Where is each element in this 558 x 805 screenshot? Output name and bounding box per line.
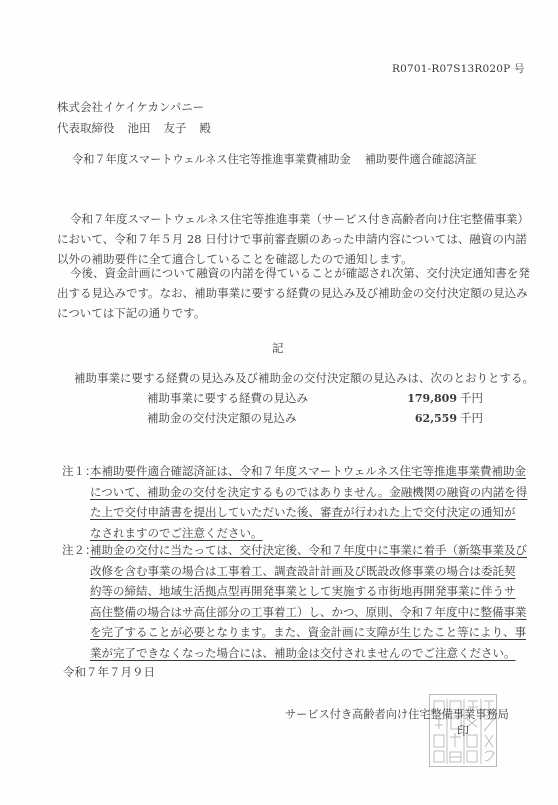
document-number: R0701-R07S13R020P 号: [392, 61, 525, 76]
body-paragraph-1: 令和７年度スマートウェルネス住宅等推進事業（サービス付き高齢者向け住宅整備事業）…: [57, 209, 499, 269]
addressee-honorific: 殿: [200, 121, 212, 135]
issue-date: 令和７年７月９日: [63, 664, 155, 680]
addressee-person: 代表取締役池田友子殿: [57, 120, 224, 136]
addressee-title: 代表取締役: [57, 121, 115, 135]
document-title: 令和７年度スマートウェルネス住宅等推進事業費補助金補助要件適合確認済証: [72, 151, 477, 167]
seal-label: 印: [457, 722, 469, 739]
addressee-first-name: 友子: [164, 121, 187, 135]
amount-row-subsidy: 補助金の交付決定額の見込み 62,559千円: [147, 410, 483, 430]
note-line: た上で交付申請書を提出していただいた後、審査が行われた上で交付決定の通知が: [90, 502, 530, 523]
document-title-sub: 補助要件適合確認済証: [365, 153, 477, 166]
amount-row-total-cost: 補助事業に要する経費の見込み 179,809千円: [147, 390, 483, 410]
note-line: について、補助金の交付を決定するものではありません。金融機関の融資の内諾を得: [90, 482, 530, 503]
record-heading: 記: [272, 340, 284, 356]
issuer-name: サービス付き高齢者向け住宅整備事業事務局: [285, 706, 509, 722]
amount-unit: 千円: [460, 411, 483, 425]
amount-unit: 千円: [460, 391, 483, 405]
note-line: 改修を含む事業の場合は工事着工、調査設計計画及び既設改修事業の場合は委託契: [90, 561, 530, 582]
paragraph-line: 出する見込みです。なお、補助事業に要する経費の見込み及び補助金の交付決定額の見込…: [57, 283, 499, 303]
amount-number: 179,809: [407, 392, 457, 405]
amount-value: 179,809千円: [407, 390, 483, 406]
note-body: 補助金の交付に当たっては、交付決定後、令和７年度中に事業に着手（新築事業及び 改…: [90, 540, 530, 663]
note-line: 本補助要件適合確認済証は、令和７年度スマートウェルネス住宅等推進事業費補助金: [90, 461, 530, 482]
note-line: 約等の締結、地域生活拠点型再開発事業として実施する市街地再開発事業に伴うサ: [90, 581, 530, 602]
amount-value: 62,559千円: [415, 410, 483, 426]
amount-number: 62,559: [415, 412, 457, 425]
note-line: 業が完了できなくなった場合には、補助金は交付されませんのでご注意ください。: [90, 643, 530, 664]
addressee-company: 株式会社イケイケカンパニー: [57, 99, 204, 115]
addressee-last-name: 池田: [128, 121, 151, 135]
amount-label: 補助金の交付決定額の見込み: [147, 410, 297, 426]
body-paragraph-2: 今後、資金計画について融資の内諾を得ていることが確認され次第、交付決定通知書を発…: [57, 263, 499, 323]
document-title-main: 令和７年度スマートウェルネス住宅等推進事業費補助金: [72, 153, 351, 166]
note-body: 本補助要件適合確認済証は、令和７年度スマートウェルネス住宅等推進事業費補助金 に…: [90, 461, 530, 543]
amount-label: 補助事業に要する経費の見込み: [147, 390, 308, 406]
note-line: を完了することが必要となります。また、資金計画に支障が生じたこと等により、事: [90, 622, 530, 643]
paragraph-line: において、令和７年５月 28 日付けで事前審査願のあった申請内容については、融資…: [57, 229, 499, 249]
paragraph-line: 令和７年度スマートウェルネス住宅等推進事業（サービス付き高齢者向け住宅整備事業）: [57, 209, 499, 229]
paragraph-line: 今後、資金計画について融資の内諾を得ていることが確認され次第、交付決定通知書を発: [57, 263, 499, 283]
note-line: 補助金の交付に当たっては、交付決定後、令和７年度中に事業に着手（新築事業及び: [90, 540, 530, 561]
amount-intro: 補助事業に要する経費の見込み及び補助金の交付決定額の見込みは、次のとおりとする。: [74, 370, 534, 386]
paragraph-line: については下記の通りです。: [57, 303, 499, 323]
note-line: 高住整備の場合はサ高住部分の工事着工）し、かつ、原則、令和７年度中に整備事業: [90, 602, 530, 623]
